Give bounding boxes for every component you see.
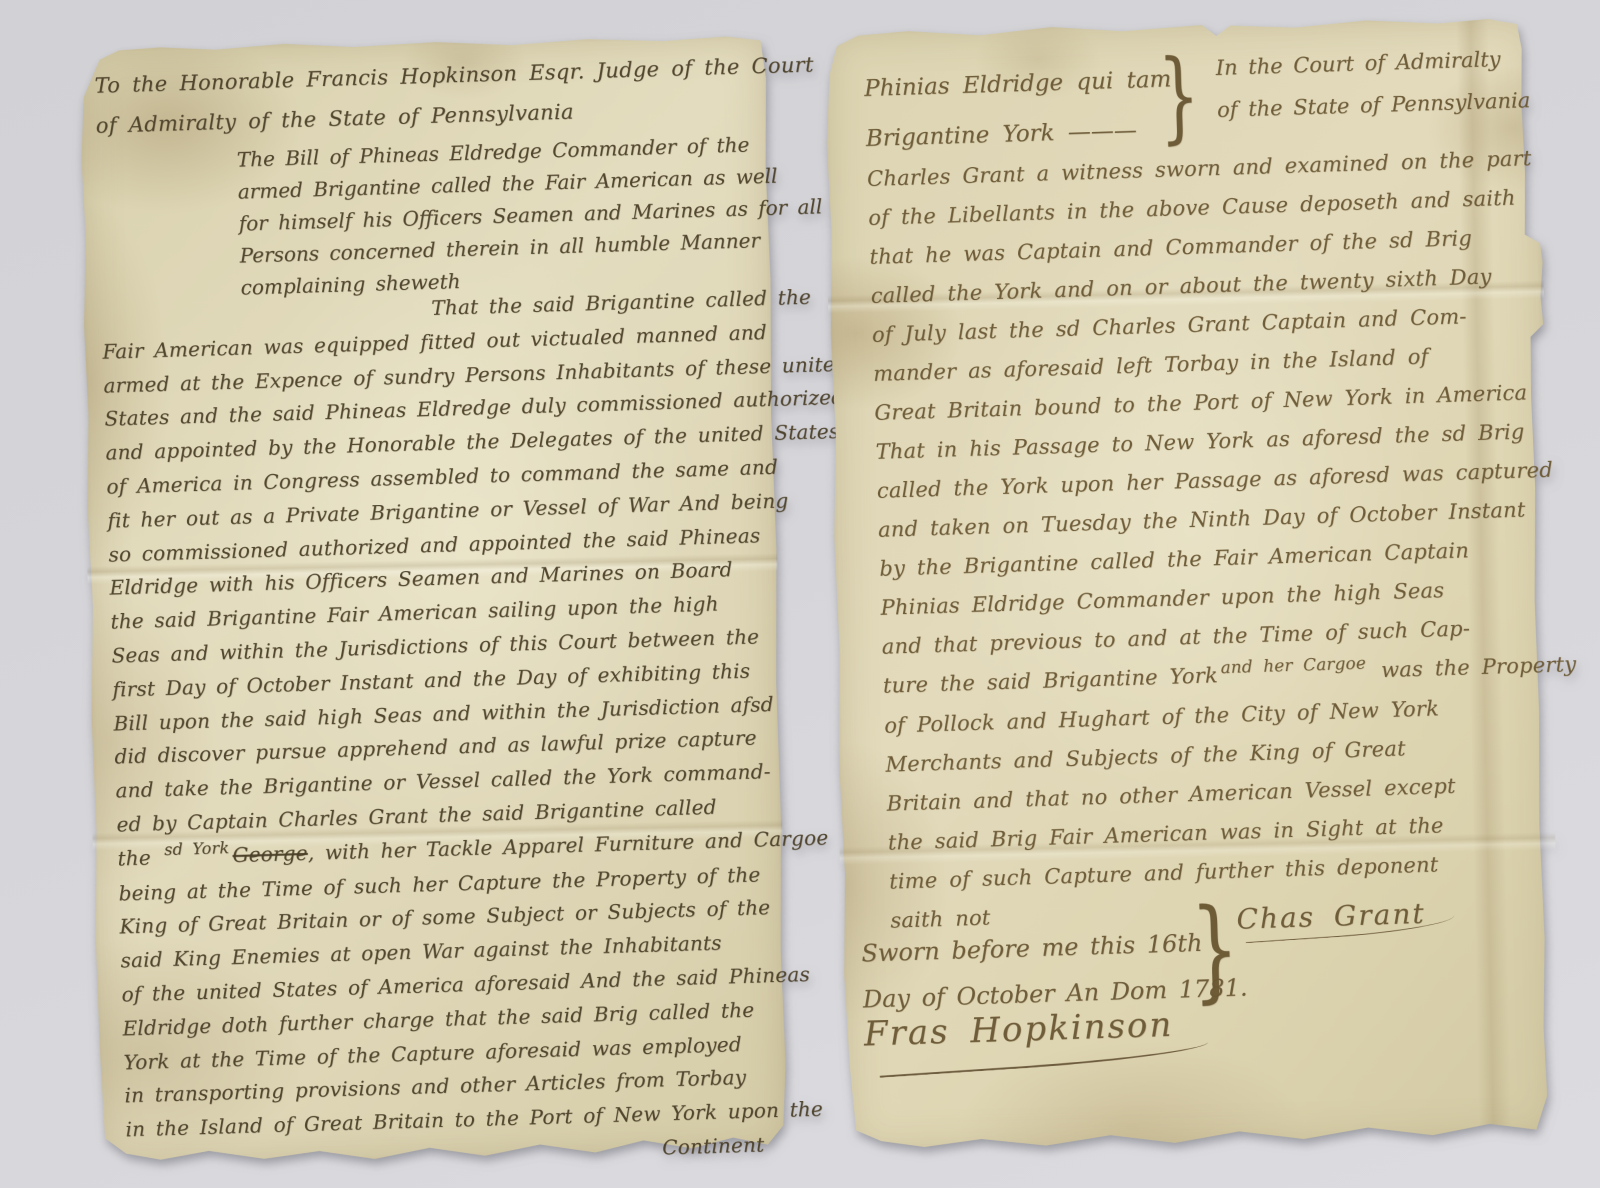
right-body-block: Charles Grant a witness sworn and examin… xyxy=(866,139,1544,940)
preamble-block: The Bill of Phineas Eldredge Commander o… xyxy=(236,124,889,303)
deposition-lines-upper: Charles Grant a witness sworn and examin… xyxy=(866,139,1536,666)
interlinear-insertion: sd York xyxy=(164,831,230,867)
jurat-block: Sworn before me this 16thDay of October … xyxy=(861,918,1248,1022)
caption-court: In the Court of Admiraltyof the State of… xyxy=(1215,37,1531,131)
caption-brace: } xyxy=(1157,40,1201,156)
amendment-base-word: York xyxy=(1169,663,1218,689)
right-document-page: Phinias Eldridge qui tamBrigantine York … xyxy=(822,15,1561,1156)
left-document-page: To the Honorable Francis Hopkinson Esqr.… xyxy=(77,33,788,1166)
amendment-prefix: the xyxy=(117,845,162,870)
right-manuscript-text: Phinias Eldridge qui tamBrigantine York … xyxy=(816,11,1567,1159)
jurat-brace: } xyxy=(1190,915,1239,985)
body-lines-upper: Fair American was equipped fitted out vi… xyxy=(102,316,771,842)
case-caption: Phinias Eldridge qui tamBrigantine York … xyxy=(863,38,1513,58)
body-lines-lower: being at the Time of such her Capture th… xyxy=(118,858,780,1148)
interlinear-insertion: and her Cargoe xyxy=(1220,643,1367,687)
amendment-prefix: ture the said Brigantine xyxy=(883,665,1170,698)
amendment-suffix: was the Property xyxy=(1369,652,1577,682)
left-body-block: That the said Brigantine called the Fair… xyxy=(101,282,781,1181)
manuscript-line: of the State of Pennsylvania xyxy=(1216,79,1530,131)
caption-parties: Phinias Eldridge qui tamBrigantine York … xyxy=(863,54,1173,164)
left-manuscript-text: To the Honorable Francis Hopkinson Esqr.… xyxy=(72,30,795,1170)
struck-word: George xyxy=(232,841,308,867)
